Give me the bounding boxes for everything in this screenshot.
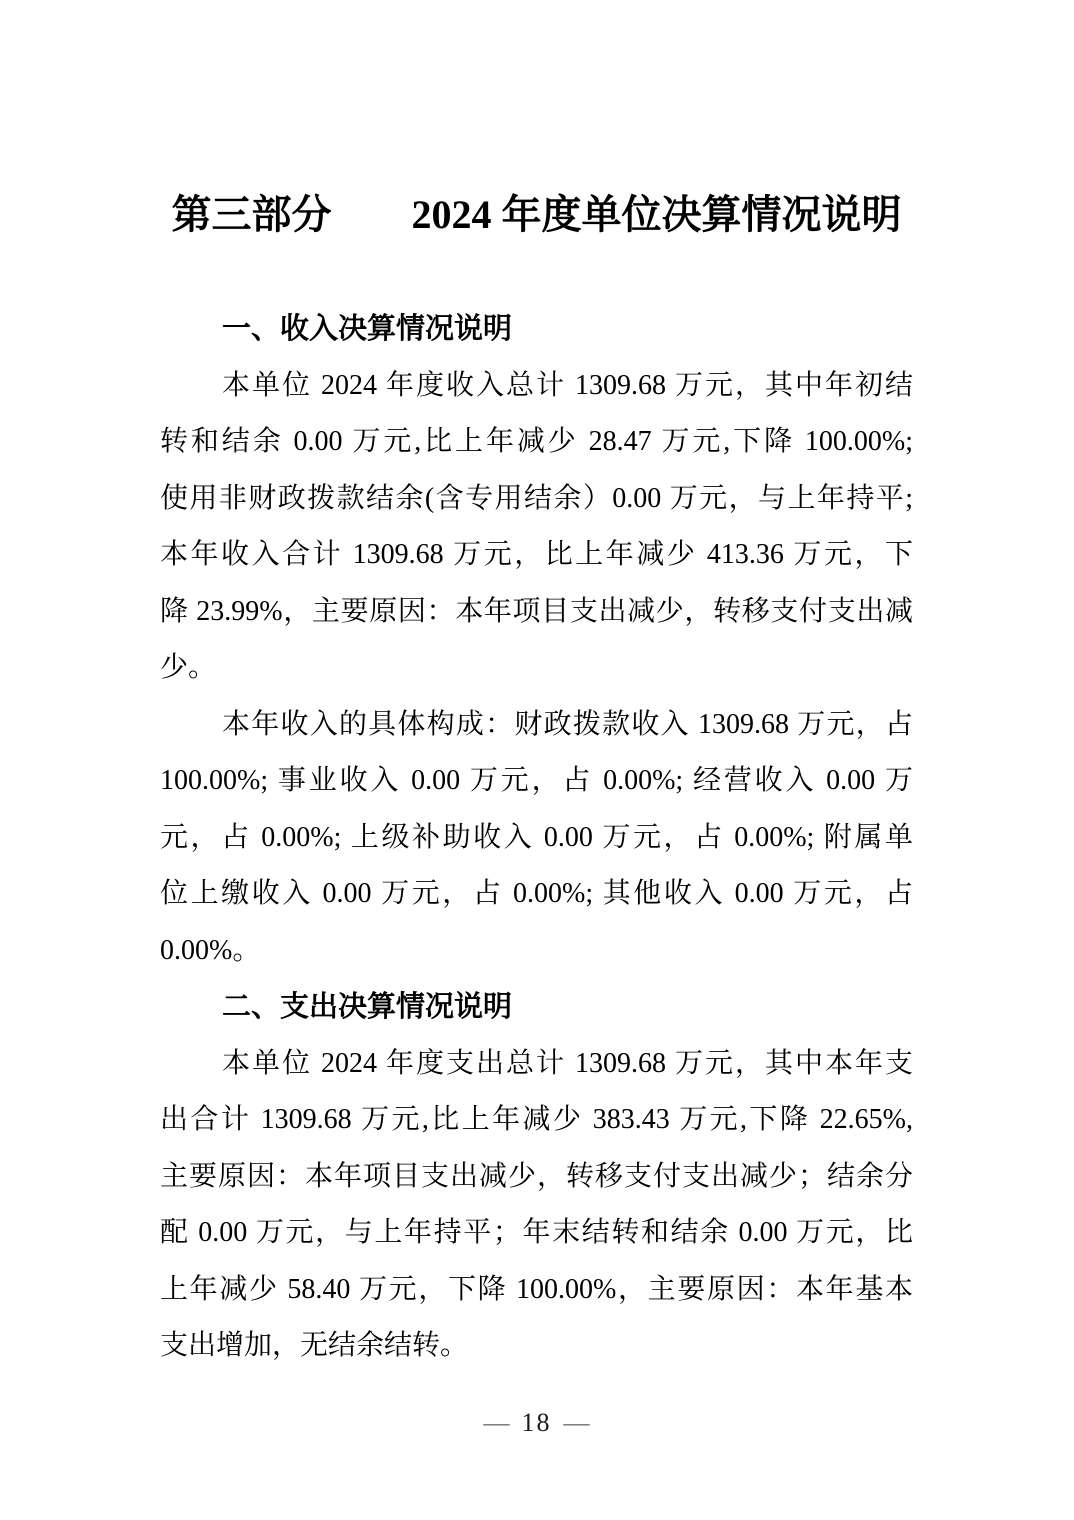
body-line: 本年收入的具体构成：财政拨款收入 1309.68 万元，占 — [160, 697, 913, 754]
body-line: 本年收入合计 1309.68 万元，比上年减少 413.36 万元，下 — [160, 527, 913, 584]
page-number: 18 — [522, 1408, 552, 1437]
body-line: 0.00%。 — [160, 923, 913, 980]
document-title: 第三部分 2024 年度单位决算情况说明 — [160, 192, 913, 238]
body-line: 支出增加，无结余结转。 — [160, 1318, 913, 1375]
body-line: 本单位 2024 年度收入总计 1309.68 万元，其中年初结 — [160, 358, 913, 415]
body-line: 上年减少 58.40 万元，下降 100.00%，主要原因：本年基本 — [160, 1262, 913, 1319]
page-footer: —18— — [160, 1405, 913, 1441]
body-line: 出合计 1309.68 万元,比上年减少 383.43 万元,下降 22.65%… — [160, 1092, 913, 1149]
body-line: 使用非财政拨款结余(含专用结余）0.00 万元，与上年持平; — [160, 471, 913, 528]
body-line: 降 23.99%，主要原因：本年项目支出减少，转移支付支出减 — [160, 584, 913, 641]
body-line: 元，占 0.00%; 上级补助收入 0.00 万元，占 0.00%; 附属单 — [160, 810, 913, 867]
footer-dash-right: — — [564, 1408, 590, 1437]
body-line: 少。 — [160, 640, 913, 697]
body-line: 100.00%; 事业收入 0.00 万元，占 0.00%; 经营收入 0.00… — [160, 753, 913, 810]
section-heading-expenditure: 二、支出决算情况说明 — [160, 979, 913, 1036]
footer-dash-left: — — [484, 1408, 510, 1437]
body-line: 转和结余 0.00 万元,比上年减少 28.47 万元,下降 100.00%; — [160, 414, 913, 471]
document-page: 第三部分 2024 年度单位决算情况说明 一、收入决算情况说明 本单位 2024… — [0, 0, 1074, 1520]
section-heading-income: 一、收入决算情况说明 — [160, 301, 913, 358]
body-line: 配 0.00 万元，与上年持平；年末结转和结余 0.00 万元，比 — [160, 1205, 913, 1262]
body-line: 位上缴收入 0.00 万元，占 0.00%; 其他收入 0.00 万元，占 — [160, 866, 913, 923]
document-content: 第三部分 2024 年度单位决算情况说明 一、收入决算情况说明 本单位 2024… — [160, 0, 913, 1441]
body-line: 本单位 2024 年度支出总计 1309.68 万元，其中本年支 — [160, 1036, 913, 1093]
body-line: 主要原因：本年项目支出减少，转移支付支出减少；结余分 — [160, 1149, 913, 1206]
